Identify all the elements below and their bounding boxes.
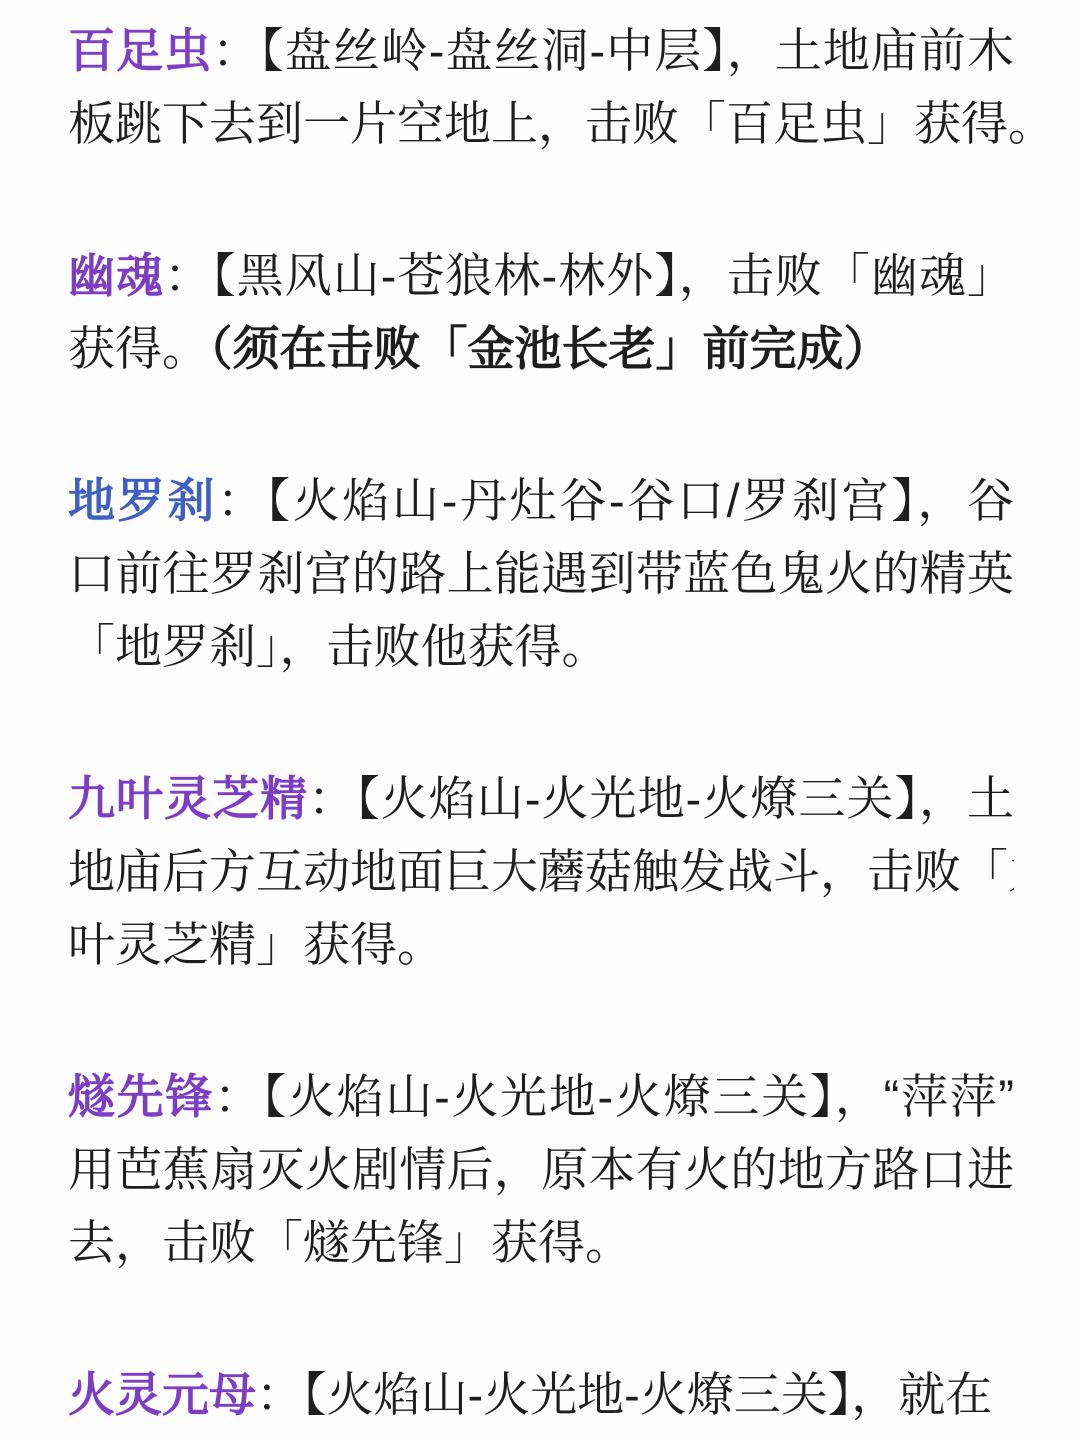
body-text: 去，击败「燧先锋」获得。 (68, 1216, 632, 1269)
text-line: 「地罗刹」，击败他获得。 (68, 610, 1014, 683)
boss-name-keyword: 地罗刹 (68, 474, 217, 527)
boss-name-keyword: 百足虫 (68, 24, 212, 77)
text-line: 口前往罗刹宫的路上能遇到带蓝色鬼火的精英 (68, 537, 1014, 610)
boss-name-keyword: 九叶灵芝精 (68, 772, 308, 825)
text-line: 燧先锋：【火焰山-火光地-火燎三关】，“萍萍” (68, 1060, 1014, 1133)
text-line: 地罗刹：【火焰山-丹灶谷-谷口/罗刹宫】，谷 (68, 464, 1014, 537)
entry-paragraph: 百足虫：【盘丝岭-盘丝洞-中层】，土地庙前木板跳下去到一片空地上，击败「百足虫」… (68, 14, 1014, 160)
text-line: 九叶灵芝精：【火焰山-火光地-火燎三关】，土 (68, 762, 1014, 835)
text-line: 去，击败「燧先锋」获得。 (68, 1206, 1014, 1279)
text-line: 百足虫：【盘丝岭-盘丝洞-中层】，土地庙前木 (68, 14, 1014, 87)
body-text: 板跳下去到一片空地上，击败「百足虫」获得。 (68, 97, 1055, 150)
body-text: 获得。 (68, 322, 209, 375)
body-text: ：【火焰山-丹灶谷-谷口/罗刹宫】，谷 (217, 474, 1014, 527)
guide-page: 百足虫：【盘丝岭-盘丝洞-中层】，土地庙前木板跳下去到一片空地上，击败「百足虫」… (0, 0, 1080, 1440)
text-line: 用芭蕉扇灭火剧情后，原本有火的地方路口进 (68, 1133, 1014, 1206)
body-text: ：【黑风山-苍狼林-林外】，击败「幽魂」 (164, 249, 1014, 302)
entry-paragraph: 九叶灵芝精：【火焰山-火光地-火燎三关】，土地庙后方互动地面巨大蘑菇触发战斗，击… (68, 762, 1014, 981)
entry-paragraph: 幽魂：【黑风山-苍狼林-林外】，击败「幽魂」获得。（须在击败「金池长老」前完成） (68, 239, 1014, 385)
text-line: 获得。（须在击败「金池长老」前完成） (68, 312, 1014, 385)
text-line: 叶灵芝精」获得。 (68, 908, 1014, 981)
text-line: 地庙后方互动地面巨大蘑菇触发战斗，击败「九 (68, 835, 1014, 908)
body-text: 「地罗刹」，击败他获得。 (68, 620, 609, 673)
boss-name-keyword: 燧先锋 (68, 1070, 214, 1123)
body-text: ：【火焰山-火光地-火燎三关】，就在 (256, 1368, 992, 1421)
body-text: ：【盘丝岭-盘丝洞-中层】，土地庙前木 (212, 24, 1014, 77)
text-line: 幽魂：【黑风山-苍狼林-林外】，击败「幽魂」 (68, 239, 1014, 312)
body-text: 地庙后方互动地面巨大蘑菇触发战斗，击败「九 (68, 845, 1014, 898)
body-text: ：【火焰山-火光地-火燎三关】，土 (308, 772, 1014, 825)
boss-name-keyword: 幽魂 (68, 249, 164, 302)
body-text: 用芭蕉扇灭火剧情后，原本有火的地方路口进 (68, 1143, 1014, 1196)
entry-paragraph: 燧先锋：【火焰山-火光地-火燎三关】，“萍萍”用芭蕉扇灭火剧情后，原本有火的地方… (68, 1060, 1014, 1279)
text-line: 火灵元母：【火焰山-火光地-火燎三关】，就在 (68, 1358, 1014, 1431)
note-text: （须在击败「金池长老」前完成） (209, 322, 891, 375)
entry-paragraph: 地罗刹：【火焰山-丹灶谷-谷口/罗刹宫】，谷口前往罗刹宫的路上能遇到带蓝色鬼火的… (68, 464, 1014, 683)
body-text: 叶灵芝精」获得。 (68, 918, 444, 971)
paragraph-list: 百足虫：【盘丝岭-盘丝洞-中层】，土地庙前木板跳下去到一片空地上，击败「百足虫」… (68, 14, 1014, 1431)
boss-name-keyword: 火灵元母 (68, 1368, 256, 1421)
body-text: 口前往罗刹宫的路上能遇到带蓝色鬼火的精英 (68, 547, 1014, 600)
entry-paragraph: 火灵元母：【火焰山-火光地-火燎三关】，就在 (68, 1358, 1014, 1431)
text-line: 板跳下去到一片空地上，击败「百足虫」获得。 (68, 87, 1014, 160)
body-text: ：【火焰山-火光地-火燎三关】，“萍萍” (214, 1070, 1014, 1123)
